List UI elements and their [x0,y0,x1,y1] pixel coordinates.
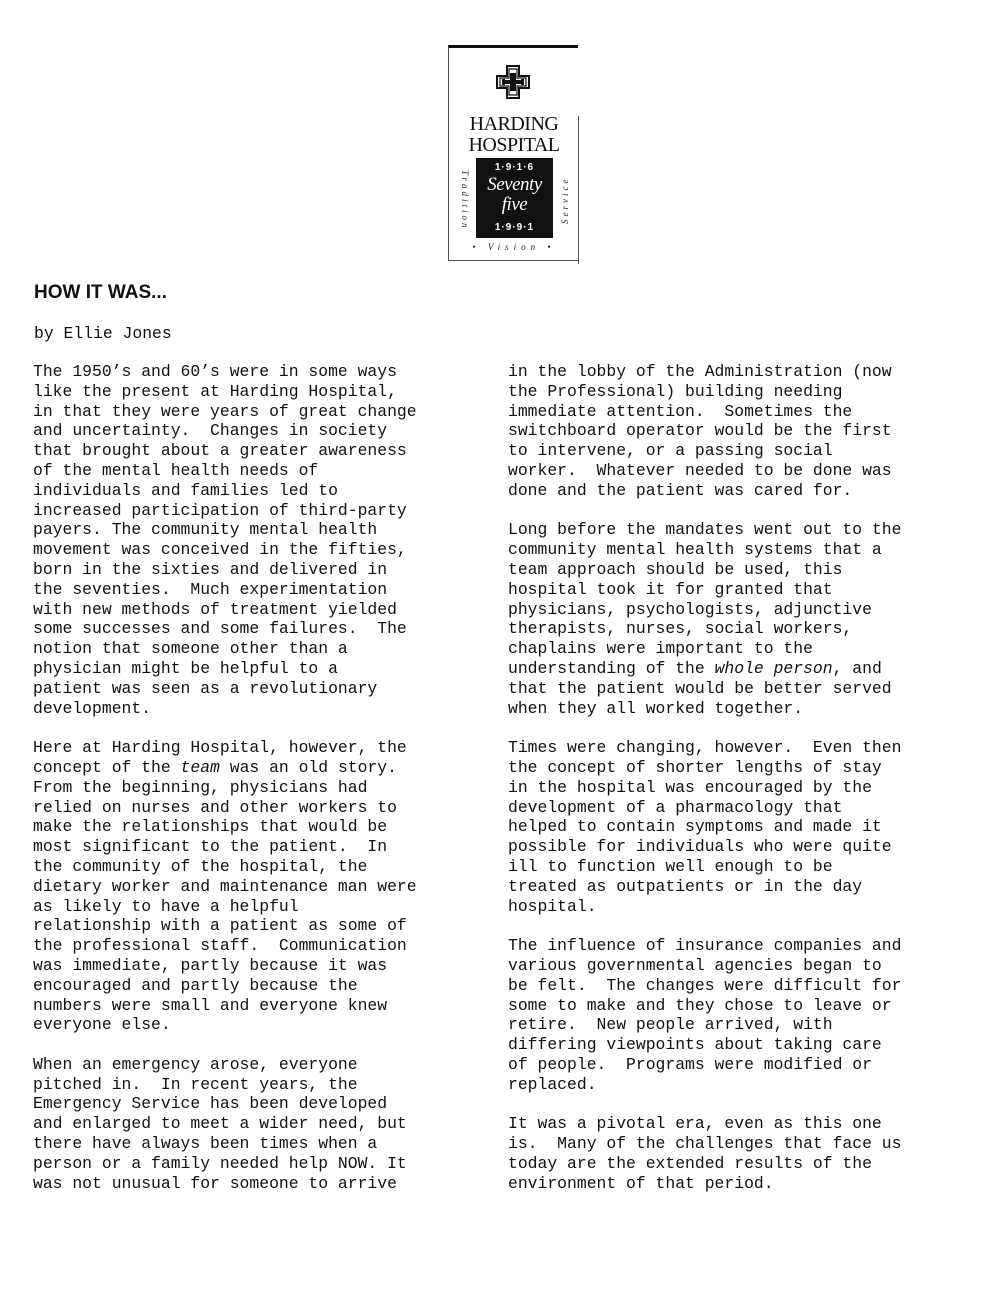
article-column-left: The 1950’s and 60’s were in some wayslik… [33,362,513,1213]
text-line: The influence of insurance companies and [508,936,988,956]
text-line: pitched in. In recent years, the [33,1075,513,1095]
text-line: the professional staff. Communication [33,936,513,956]
text-line: individuals and families led to [33,481,513,501]
text-line: payers. The community mental health [33,520,513,540]
text-line: chaplains were important to the [508,639,988,659]
text-line: hospital. [508,897,988,917]
text-line: retire. New people arrived, with [508,1015,988,1035]
article-column-right: in the lobby of the Administration (nowt… [508,362,988,1213]
text-line: the concept of shorter lengths of stay [508,758,988,778]
text-line: encouraged and partly because the [33,976,513,996]
text-line: team approach should be used, this [508,560,988,580]
text-line: in the lobby of the Administration (now [508,362,988,382]
text-line: like the present at Harding Hospital, [33,382,513,402]
text-line: physicians, psychologists, adjunctive [508,600,988,620]
text-line: when they all worked together. [508,699,988,719]
text-line: replaced. [508,1075,988,1095]
text-line: and uncertainty. Changes in society [33,421,513,441]
text-line: differing viewpoints about taking care [508,1035,988,1055]
text-line: the Professional) building needing [508,382,988,402]
text-line: the seventies. Much experimentation [33,580,513,600]
text-line: development of a pharmacology that [508,798,988,818]
logo-service-label: Service [558,160,572,240]
text-line: today are the extended results of the [508,1154,988,1174]
text-line: make the relationships that would be [33,817,513,837]
logo-tradition-label: Tradition [458,160,472,240]
article-paragraph: When an emergency arose, everyonepitched… [33,1055,513,1194]
text-line: environment of that period. [508,1174,988,1194]
article-paragraph: Times were changing, however. Even thent… [508,738,988,916]
text-line: as likely to have a helpful [33,897,513,917]
article-byline: by Ellie Jones [34,324,172,344]
text-line: notion that someone other than a [33,639,513,659]
text-line: done and the patient was cared for. [508,481,988,501]
text-line: is. Many of the challenges that face us [508,1134,988,1154]
text-line: possible for individuals who were quite [508,837,988,857]
logo-name-line2: HOSPITAL [449,135,579,156]
text-line: some successes and some failures. The [33,619,513,639]
text-line: Times were changing, however. Even then [508,738,988,758]
text-line: Emergency Service has been developed [33,1094,513,1114]
text-line: Long before the mandates went out to the [508,520,988,540]
article-paragraph: Long before the mandates went out to the… [508,520,988,718]
cross-emblem-icon [495,64,531,100]
logo-vision-label: • Vision • [449,242,579,252]
text-line: It was a pivotal era, even as this one [508,1114,988,1134]
article-paragraph: The influence of insurance companies and… [508,936,988,1094]
text-line: switchboard operator would be the first [508,421,988,441]
text-line: there have always been times when a [33,1134,513,1154]
article-paragraph: It was a pivotal era, even as this oneis… [508,1114,988,1193]
text-line: ill to function well enough to be [508,857,988,877]
article-paragraph: The 1950’s and 60’s were in some wayslik… [33,362,513,718]
text-line: worker. Whatever needed to be done was [508,461,988,481]
text-line: with new methods of treatment yielded [33,600,513,620]
text-line: treated as outpatients or in the day [508,877,988,897]
text-line: physician might be helpful to a [33,659,513,679]
text-line: concept of the team was an old story. [33,758,513,778]
text-line: development. [33,699,513,719]
text-line: helped to contain symptoms and made it [508,817,988,837]
article-paragraph: in the lobby of the Administration (nowt… [508,362,988,501]
anniversary-badge: 1·9·1·6 Seventy five 1·9·9·1 [476,158,553,238]
text-line: dietary worker and maintenance man were [33,877,513,897]
text-line: movement was conceived in the fifties, [33,540,513,560]
badge-year-end: 1·9·9·1 [476,222,553,234]
text-line: to intervene, or a passing social [508,441,988,461]
text-line: Here at Harding Hospital, however, the [33,738,513,758]
article-paragraph: Here at Harding Hospital, however, theco… [33,738,513,1035]
text-line: hospital took it for granted that [508,580,988,600]
text-line: When an emergency arose, everyone [33,1055,513,1075]
text-line: everyone else. [33,1015,513,1035]
text-line: in that they were years of great change [33,402,513,422]
emphasis: team [181,758,220,777]
article-title: HOW IT WAS... [34,282,167,304]
text-line: relationship with a patient as some of [33,916,513,936]
text-line: most significant to the patient. In [33,837,513,857]
text-line: From the beginning, physicians had [33,778,513,798]
text-line: The 1950’s and 60’s were in some ways [33,362,513,382]
text-line: patient was seen as a revolutionary [33,679,513,699]
badge-script-line1: Seventy [476,176,553,194]
emphasis: whole person [715,659,833,678]
text-line: and enlarged to meet a wider need, but [33,1114,513,1134]
text-line: in the hospital was encouraged by the [508,778,988,798]
text-line: various governmental agencies began to [508,956,988,976]
text-line: was immediate, partly because it was [33,956,513,976]
text-line: of the mental health needs of [33,461,513,481]
text-line: numbers were small and everyone knew [33,996,513,1016]
text-line: be felt. The changes were difficult for [508,976,988,996]
text-line: the community of the hospital, the [33,857,513,877]
text-line: relied on nurses and other workers to [33,798,513,818]
badge-year-start: 1·9·1·6 [476,162,553,174]
text-line: understanding of the whole person, and [508,659,988,679]
text-line: therapists, nurses, social workers, [508,619,988,639]
text-line: increased participation of third-party [33,501,513,521]
text-line: person or a family needed help NOW. It [33,1154,513,1174]
text-line: born in the sixties and delivered in [33,560,513,580]
harding-hospital-logo: HARDING HOSPITAL Tradition 1·9·1·6 Seven… [448,45,578,261]
text-line: of people. Programs were modified or [508,1055,988,1075]
badge-script-line2: five [476,196,553,214]
logo-name-line1: HARDING [449,114,579,135]
text-line: some to make and they chose to leave or [508,996,988,1016]
text-line: immediate attention. Sometimes the [508,402,988,422]
text-line: community mental health systems that a [508,540,988,560]
text-line: that the patient would be better served [508,679,988,699]
text-line: that brought about a greater awareness [33,441,513,461]
text-line: was not unusual for someone to arrive [33,1174,513,1194]
